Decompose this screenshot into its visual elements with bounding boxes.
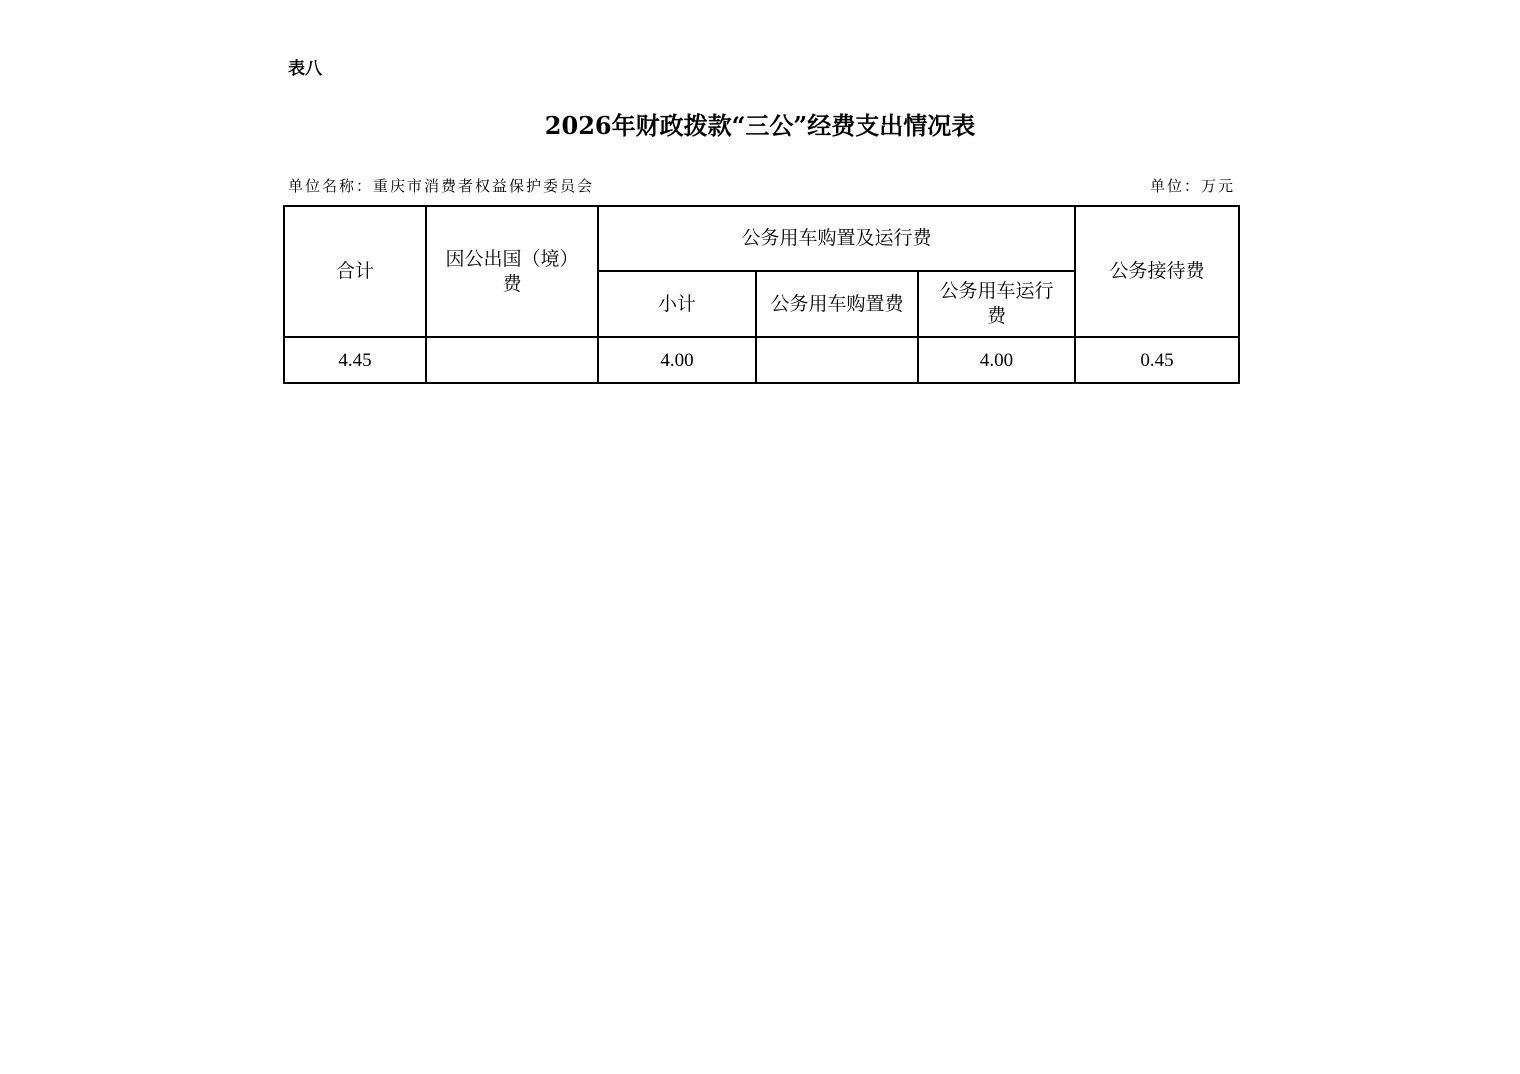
table-number-label: 表八	[288, 54, 322, 79]
header-vehicle-purchase: 公务用车购置费	[756, 271, 918, 337]
three-public-expenses-table: 合计 因公出国（境）费 公务用车购置及运行费 公务接待费 小计 公务用车购置费 …	[283, 205, 1240, 384]
header-total: 合计	[284, 206, 426, 337]
cell-vehicle-subtotal: 4.00	[598, 337, 756, 383]
cell-vehicle-purchase	[756, 337, 918, 383]
header-vehicle-subtotal: 小计	[598, 271, 756, 337]
cell-overseas	[426, 337, 598, 383]
cell-reception: 0.45	[1075, 337, 1239, 383]
cell-vehicle-operation: 4.00	[918, 337, 1075, 383]
header-vehicle-group: 公务用车购置及运行费	[598, 206, 1075, 271]
cell-total: 4.45	[284, 337, 426, 383]
unit-name-label: 单位名称：重庆市消费者权益保护委员会	[288, 175, 594, 196]
currency-unit-label: 单位：万元	[1150, 175, 1235, 196]
document-title: 2026年财政拨款“三公”经费支出情况表	[0, 106, 1520, 141]
header-vehicle-operation: 公务用车运行费	[918, 271, 1075, 337]
header-overseas: 因公出国（境）费	[426, 206, 598, 337]
header-reception: 公务接待费	[1075, 206, 1239, 337]
table-row: 4.45 4.00 4.00 0.45	[284, 337, 1239, 383]
